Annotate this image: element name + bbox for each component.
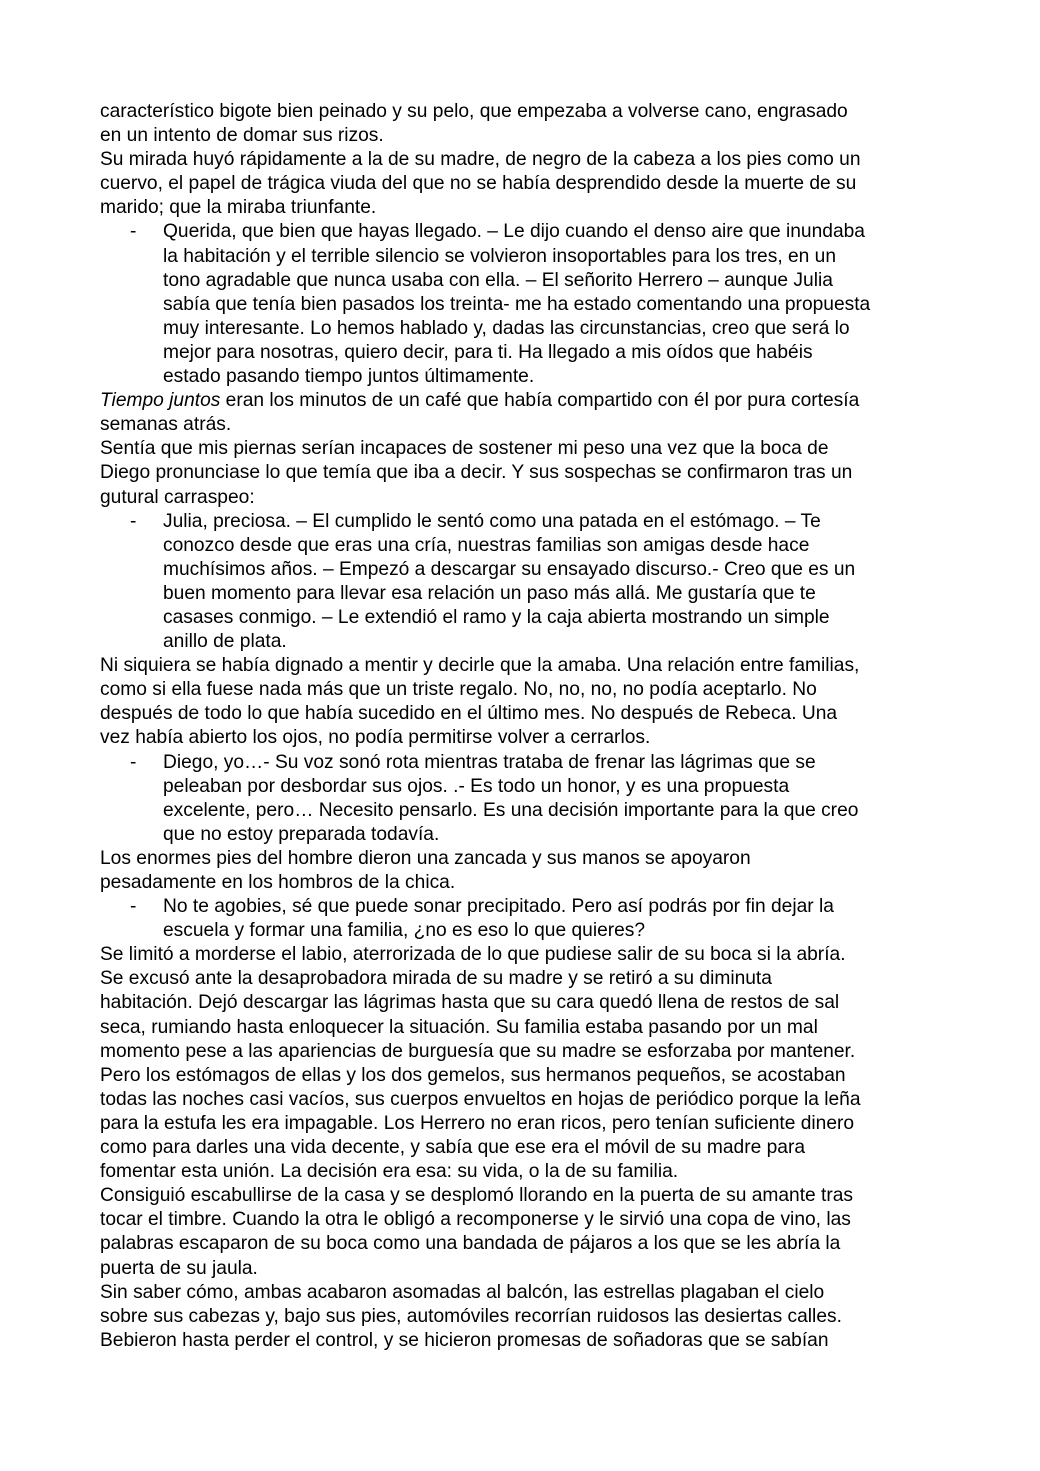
text-line: sabía que tenía bien pasados los treinta… (163, 293, 960, 317)
text-line: Sin saber cómo, ambas acabaron asomadas … (100, 1281, 960, 1305)
text-line: escuela y formar una familia, ¿no es eso… (163, 919, 960, 943)
dialogue-item: - No te agobies, sé que puede sonar prec… (100, 895, 960, 943)
text-line: palabras escaparon de su boca como una b… (100, 1232, 960, 1256)
text-line: vez había abierto los ojos, no podía per… (100, 726, 960, 750)
text-line: tocar el timbre. Cuando la otra le oblig… (100, 1208, 960, 1232)
text-line: muchísimos años. – Empezó a descargar su… (163, 558, 960, 582)
text-line: seca, rumiando hasta enloquecer la situa… (100, 1016, 960, 1040)
text-line: cuervo, el papel de trágica viuda del qu… (100, 172, 960, 196)
paragraph: Los enormes pies del hombre dieron una z… (100, 847, 960, 895)
text-line: después de todo lo que había sucedido en… (100, 702, 960, 726)
text-line: como para darles una vida decente, y sab… (100, 1136, 960, 1160)
text-line: excelente, pero… Necesito pensarlo. Es u… (163, 799, 960, 823)
text-line: Se excusó ante la desaprobadora mirada d… (100, 967, 960, 991)
dialogue-item: - Julia, preciosa. – El cumplido le sent… (100, 510, 960, 655)
text-line: muy interesante. Lo hemos hablado y, dad… (163, 317, 960, 341)
paragraph: Se limitó a morderse el labio, aterroriz… (100, 943, 960, 1184)
paragraph: Sentía que mis piernas serían incapaces … (100, 437, 960, 509)
text-line: semanas atrás. (100, 413, 960, 437)
text-line: momento pese a las apariencias de burgue… (100, 1040, 960, 1064)
text-line: sobre sus cabezas y, bajo sus pies, auto… (100, 1305, 960, 1329)
text-fragment: eran los minutos de un café que había co… (220, 390, 859, 411)
text-line: Consiguió escabullirse de la casa y se d… (100, 1184, 960, 1208)
text-line: conozco desde que eras una cría, nuestra… (163, 534, 960, 558)
text-line: que no estoy preparada todavía. (163, 823, 960, 847)
text-line: Se limitó a morderse el labio, aterroriz… (100, 943, 960, 967)
dash-bullet-icon: - (130, 510, 136, 534)
text-line: puerta de su jaula. (100, 1257, 960, 1281)
text-line: peleaban por desbordar sus ojos. .- Es t… (163, 775, 960, 799)
text-line: todas las noches casi vacíos, sus cuerpo… (100, 1088, 960, 1112)
text-line: habitación. Dejó descargar las lágrimas … (100, 991, 960, 1015)
text-line: Diego pronunciase lo que temía que iba a… (100, 461, 960, 485)
text-line: No te agobies, sé que puede sonar precip… (163, 895, 960, 919)
text-line: Sentía que mis piernas serían incapaces … (100, 437, 960, 461)
text-line: fomentar esta unión. La decisión era esa… (100, 1160, 960, 1184)
text-line: pesadamente en los hombros de la chica. (100, 871, 960, 895)
paragraph: Sin saber cómo, ambas acabaron asomadas … (100, 1281, 960, 1353)
text-line: mejor para nosotras, quiero decir, para … (163, 341, 960, 365)
text-line: marido; que la miraba triunfante. (100, 196, 960, 220)
text-line: estado pasando tiempo juntos últimamente… (163, 365, 960, 389)
text-line: Los enormes pies del hombre dieron una z… (100, 847, 960, 871)
text-line: Su mirada huyó rápidamente a la de su ma… (100, 148, 960, 172)
text-line: en un intento de domar sus rizos. (100, 124, 960, 148)
text-line: para la estufa les era impagable. Los He… (100, 1112, 960, 1136)
text-line: Pero los estómagos de ellas y los dos ge… (100, 1064, 960, 1088)
italic-phrase: Tiempo juntos (100, 390, 220, 411)
document-page: característico bigote bien peinado y su … (100, 100, 960, 1353)
text-line: la habitación y el terrible silencio se … (163, 245, 960, 269)
text-line: Ni siquiera se había dignado a mentir y … (100, 654, 960, 678)
text-line: gutural carraspeo: (100, 486, 960, 510)
paragraph: Consiguió escabullirse de la casa y se d… (100, 1184, 960, 1280)
text-line: buen momento para llevar esa relación un… (163, 582, 960, 606)
text-line: Diego, yo…- Su voz sonó rota mientras tr… (163, 751, 960, 775)
paragraph: Ni siquiera se había dignado a mentir y … (100, 654, 960, 750)
paragraph: Tiempo juntos eran los minutos de un caf… (100, 389, 960, 437)
text-line: Querida, que bien que hayas llegado. – L… (163, 220, 960, 244)
text-line: anillo de plata. (163, 630, 960, 654)
dialogue-item: - Querida, que bien que hayas llegado. –… (100, 220, 960, 389)
text-line: Tiempo juntos eran los minutos de un caf… (100, 389, 960, 413)
text-line: Julia, preciosa. – El cumplido le sentó … (163, 510, 960, 534)
text-line: Bebieron hasta perder el control, y se h… (100, 1329, 960, 1353)
text-line: como si ella fuese nada más que un trist… (100, 678, 960, 702)
dialogue-item: - Diego, yo…- Su voz sonó rota mientras … (100, 751, 960, 847)
dash-bullet-icon: - (130, 220, 136, 244)
dash-bullet-icon: - (130, 895, 136, 919)
paragraph: Su mirada huyó rápidamente a la de su ma… (100, 148, 960, 220)
text-line: característico bigote bien peinado y su … (100, 100, 960, 124)
dash-bullet-icon: - (130, 751, 136, 775)
text-line: tono agradable que nunca usaba con ella.… (163, 269, 960, 293)
paragraph: característico bigote bien peinado y su … (100, 100, 960, 148)
text-line: casases conmigo. – Le extendió el ramo y… (163, 606, 960, 630)
